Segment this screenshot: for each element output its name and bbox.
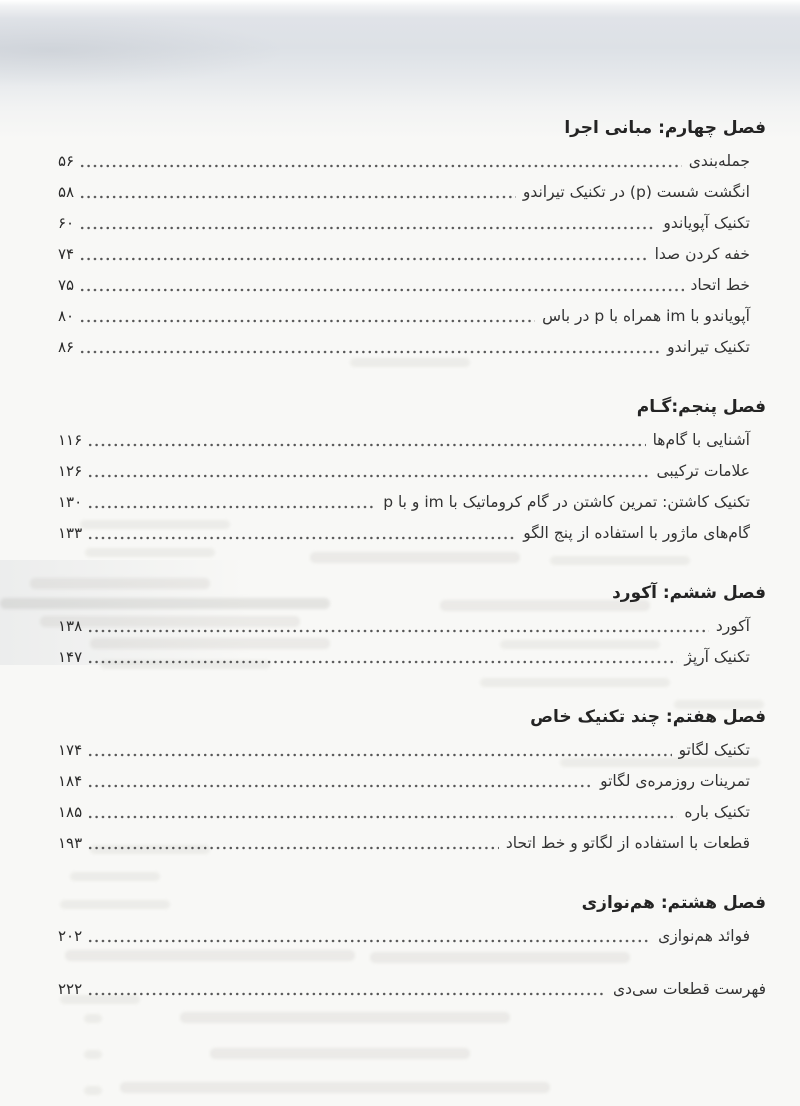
page-number: ۸۰ (58, 301, 74, 332)
dotted-leader (79, 349, 660, 355)
toc-item-label: تکنیک آپویاندو (663, 208, 750, 239)
dotted-leader (79, 194, 516, 200)
cd-list-row: فهرست قطعات سی‌دی۲۲۲ (58, 974, 766, 1005)
toc-row: خط اتحاد۷۵ (58, 270, 766, 301)
toc-item-label: فوائد هم‌نوازی (658, 921, 750, 952)
toc-section: فصل ششم: آکوردآکورد۱۳۸تکنیک آرپژ۱۴۷ (58, 581, 766, 673)
dotted-leader (79, 163, 682, 169)
dotted-leader (87, 535, 516, 541)
page-number: ۸۶ (58, 332, 74, 363)
page-number: ۱۱۶ (58, 425, 82, 456)
dotted-leader (87, 783, 593, 789)
toc-row: تکنیک کاشتن: تمرین کاشتن در گام کروماتیک… (58, 487, 766, 518)
toc-item-label: تکنیک آرپژ (684, 642, 750, 673)
toc-item-label: فهرست قطعات سی‌دی (613, 974, 766, 1005)
toc-row: تکنیک آپویاندو۶۰ (58, 208, 766, 239)
dotted-leader (87, 752, 671, 758)
dotted-leader (87, 938, 651, 944)
toc-row: خفه کردن صدا۷۴ (58, 239, 766, 270)
toc-item-label: خط اتحاد (691, 270, 750, 301)
scanned-toc-page: فصل چهارم: مبانی اجراجمله‌بندی۵۶انگشت شس… (0, 0, 800, 1106)
toc-row: قطعات با استفاده از لگاتو و خط اتحاد۱۹۳ (58, 828, 766, 859)
dotted-leader (87, 473, 649, 479)
chapter-title: فصل پنجم:گـام (58, 395, 766, 419)
toc-row: جمله‌بندی۵۶ (58, 146, 766, 177)
toc-item-label: خفه کردن صدا (655, 239, 750, 270)
dotted-leader (87, 504, 376, 510)
dotted-leader (79, 318, 535, 324)
page-number: ۵۸ (58, 177, 74, 208)
toc-item-label: آکورد (716, 611, 750, 642)
dotted-leader (87, 814, 677, 820)
toc-row: انگشت شست (p) در تکنیک تیراندو۵۸ (58, 177, 766, 208)
page-number: ۶۰ (58, 208, 74, 239)
toc-item-label: آشنایی با گام‌ها (653, 425, 750, 456)
page-number: ۲۲۲ (58, 974, 82, 1005)
page-number: ۱۴۷ (58, 642, 82, 673)
toc-item-label: علامات ترکیبی (656, 456, 750, 487)
page-number: ۱۸۵ (58, 797, 82, 828)
dotted-leader (87, 442, 645, 448)
toc-row: فوائد هم‌نوازی۲۰۲ (58, 921, 766, 952)
toc-item-label: گام‌های ماژور با استفاده از پنج الگو (523, 518, 750, 549)
page-number: ۱۸۴ (58, 766, 82, 797)
chapter-title: فصل هشتم: هم‌نوازی (58, 891, 766, 915)
toc: فصل چهارم: مبانی اجراجمله‌بندی۵۶انگشت شس… (0, 0, 800, 1106)
toc-section: فصل چهارم: مبانی اجراجمله‌بندی۵۶انگشت شس… (58, 116, 766, 363)
toc-item-label: آپویاندو با im همراه با p در باس (542, 301, 750, 332)
toc-item-label: تکنیک کاشتن: تمرین کاشتن در گام کروماتیک… (383, 487, 750, 518)
page-number: ۱۲۶ (58, 456, 82, 487)
page-number: ۵۶ (58, 146, 74, 177)
page-number: ۲۰۲ (58, 921, 82, 952)
toc-row: آشنایی با گام‌ها۱۱۶ (58, 425, 766, 456)
page-number: ۱۹۳ (58, 828, 82, 859)
toc-item-label: انگشت شست (p) در تکنیک تیراندو (523, 177, 750, 208)
toc-row: علامات ترکیبی۱۲۶ (58, 456, 766, 487)
toc-item-label: قطعات با استفاده از لگاتو و خط اتحاد (506, 828, 750, 859)
page-number: ۷۵ (58, 270, 74, 301)
toc-item-label: تکنیک تیراندو (667, 332, 750, 363)
toc-row: تکنیک تیراندو۸۶ (58, 332, 766, 363)
toc-row: تکنیک لگاتو۱۷۴ (58, 735, 766, 766)
toc-item-label: تمرینات روزمره‌ی لگاتو (600, 766, 750, 797)
toc-section: فصل هفتم: چند تکنیک خاصتکنیک لگاتو۱۷۴تمر… (58, 705, 766, 859)
toc-row: تمرینات روزمره‌ی لگاتو۱۸۴ (58, 766, 766, 797)
dotted-leader (87, 991, 606, 997)
page-number: ۷۴ (58, 239, 74, 270)
dotted-leader (79, 256, 647, 262)
dotted-leader (87, 845, 499, 851)
toc-row: آکورد۱۳۸ (58, 611, 766, 642)
toc-item-label: تکنیک لگاتو (679, 735, 750, 766)
toc-row: تکنیک آرپژ۱۴۷ (58, 642, 766, 673)
toc-item-label: تکنیک باره (684, 797, 750, 828)
page-number: ۱۳۰ (58, 487, 82, 518)
chapter-title: فصل ششم: آکورد (58, 581, 766, 605)
toc-row: آپویاندو با im همراه با p در باس۸۰ (58, 301, 766, 332)
page-number: ۱۳۳ (58, 518, 82, 549)
chapter-title: فصل هفتم: چند تکنیک خاص (58, 705, 766, 729)
chapter-title: فصل چهارم: مبانی اجرا (58, 116, 766, 140)
toc-section: فصل پنجم:گـامآشنایی با گام‌ها۱۱۶علامات ت… (58, 395, 766, 549)
page-number: ۱۷۴ (58, 735, 82, 766)
page-number: ۱۳۸ (58, 611, 82, 642)
dotted-leader (87, 628, 709, 634)
toc-row: گام‌های ماژور با استفاده از پنج الگو۱۳۳ (58, 518, 766, 549)
toc-section: فصل هشتم: هم‌نوازیفوائد هم‌نوازی۲۰۲ (58, 891, 766, 952)
dotted-leader (79, 225, 656, 231)
toc-item-label: جمله‌بندی (689, 146, 750, 177)
toc-row: تکنیک باره۱۸۵ (58, 797, 766, 828)
dotted-leader (79, 287, 683, 293)
dotted-leader (87, 659, 677, 665)
